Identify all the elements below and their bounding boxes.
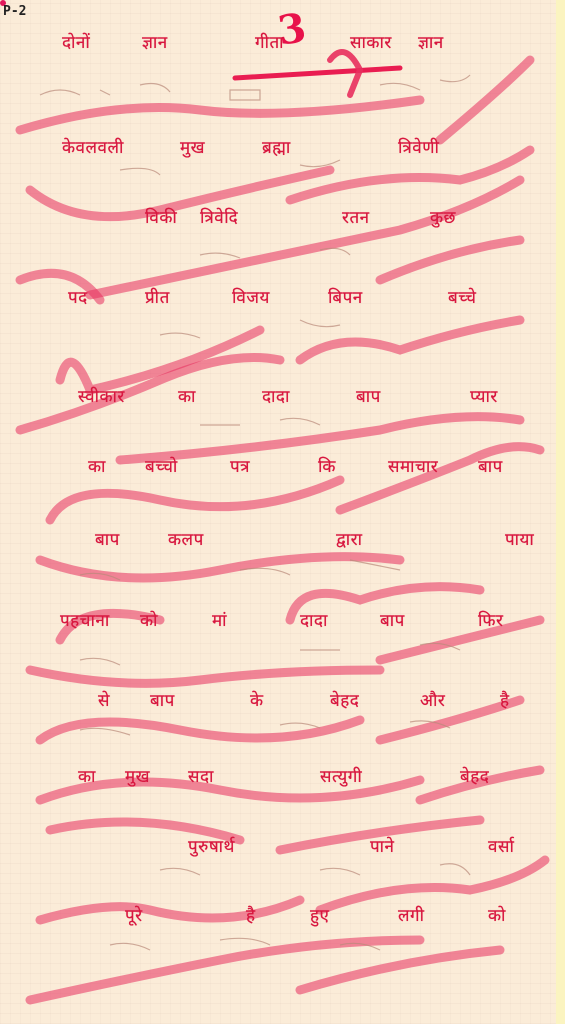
word: को bbox=[140, 608, 158, 631]
word: गीता bbox=[255, 30, 284, 53]
word: है bbox=[246, 903, 256, 926]
text-row: से बाप के बेहद और है bbox=[0, 688, 556, 718]
word: दोनों bbox=[62, 30, 90, 53]
text-row: बाप कलप द्वारा पाया bbox=[0, 527, 556, 557]
word: हुए bbox=[310, 903, 329, 926]
word: से bbox=[98, 688, 110, 711]
text-row: पूरे है हुए लगी को bbox=[0, 903, 556, 933]
shorthand-page: P-2 bbox=[0, 0, 556, 1024]
word: दादा bbox=[262, 384, 290, 407]
word: और bbox=[420, 688, 445, 711]
word: द्वारा bbox=[336, 527, 363, 550]
paper-edge bbox=[556, 0, 565, 1024]
text-row: स्वीकार का दादा बाप प्यार bbox=[0, 384, 556, 414]
word: सत्युगी bbox=[320, 764, 362, 787]
word: पहचाना bbox=[60, 608, 110, 631]
word: सदा bbox=[188, 764, 214, 787]
word: को bbox=[488, 903, 506, 926]
word: कि bbox=[318, 454, 336, 477]
word: रतन bbox=[342, 205, 370, 228]
word: कलप bbox=[168, 527, 204, 550]
word: बाप bbox=[356, 384, 381, 407]
word: समाचार bbox=[388, 454, 438, 477]
word: के bbox=[250, 688, 264, 711]
word: पुरुषार्थ bbox=[188, 834, 235, 857]
word: पूरे bbox=[125, 903, 143, 926]
word: बाप bbox=[150, 688, 175, 711]
word: ब्रह्मा bbox=[262, 135, 291, 158]
word: बच्चे bbox=[448, 285, 476, 308]
word: का bbox=[178, 384, 196, 407]
text-row: का बच्चो पत्र कि समाचार बाप bbox=[0, 454, 556, 484]
word: पाने bbox=[370, 834, 395, 857]
word: का bbox=[88, 454, 106, 477]
word: दादा bbox=[300, 608, 328, 631]
word: ज्ञान bbox=[142, 30, 168, 53]
word: त्रिवेणी bbox=[398, 135, 439, 158]
word: प्यार bbox=[470, 384, 498, 407]
text-row: का मुख सदा सत्युगी बेहद bbox=[0, 764, 556, 794]
word: मुख bbox=[125, 764, 150, 787]
text-row: पुरुषार्थ पाने वर्सा bbox=[0, 834, 556, 864]
text-row: केवलवली मुख ब्रह्मा त्रिवेणी bbox=[0, 135, 556, 165]
text-row: विकी त्रिवेदि रतन कुछ bbox=[0, 205, 556, 235]
word: पद bbox=[68, 285, 88, 308]
text-row: पहचाना को मां दादा बाप फिर bbox=[0, 608, 556, 638]
word: साकार bbox=[350, 30, 392, 53]
word: मां bbox=[212, 608, 227, 631]
word: बेहद bbox=[330, 688, 359, 711]
word: पत्र bbox=[230, 454, 250, 477]
text-row: दोनों ज्ञान गीता साकार ज्ञान bbox=[0, 30, 556, 60]
word: मुख bbox=[180, 135, 205, 158]
word: फिर bbox=[478, 608, 503, 631]
word: विकी bbox=[145, 205, 177, 228]
word: विजय bbox=[232, 285, 270, 308]
word: बाप bbox=[380, 608, 405, 631]
word: स्वीकार bbox=[78, 384, 125, 407]
word: केवलवली bbox=[62, 135, 124, 158]
word: का bbox=[78, 764, 96, 787]
word: वर्सा bbox=[488, 834, 514, 857]
word: ज्ञान bbox=[418, 30, 444, 53]
word: बाप bbox=[95, 527, 120, 550]
word: प्रीत bbox=[145, 285, 170, 308]
word: बेहद bbox=[460, 764, 489, 787]
word: बाप bbox=[478, 454, 503, 477]
text-row: पद प्रीत विजय बिपन बच्चे bbox=[0, 285, 556, 315]
word: बिपन bbox=[328, 285, 363, 308]
word: बच्चो bbox=[145, 454, 178, 477]
word: लगी bbox=[398, 903, 425, 926]
word: पाया bbox=[505, 527, 534, 550]
word: कुछ bbox=[430, 205, 456, 228]
word: है bbox=[500, 688, 510, 711]
word: त्रिवेदि bbox=[200, 205, 238, 228]
